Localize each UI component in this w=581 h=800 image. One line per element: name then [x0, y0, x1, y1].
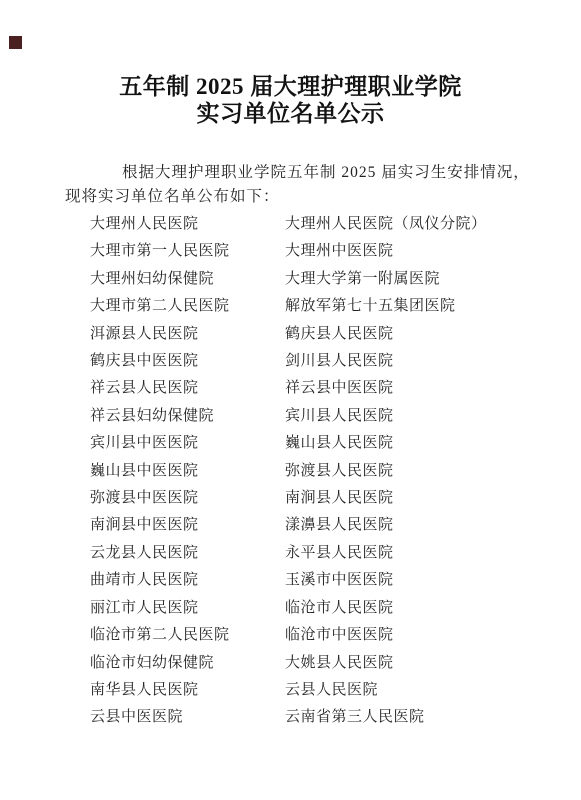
unit-row: 鹤庆县中医医院 剑川县人民医院	[90, 348, 545, 375]
unit-row: 弥渡县中医医院 南涧县人民医院	[90, 485, 545, 512]
unit-name-left: 临沧市第二人民医院	[90, 622, 285, 649]
unit-name-left: 弥渡县中医医院	[90, 485, 285, 512]
title-line-2: 实习单位名单公示	[30, 100, 551, 127]
unit-name-right: 解放军第七十五集团医院	[285, 293, 545, 320]
unit-name-right: 祥云县中医医院	[285, 375, 545, 402]
unit-name-left: 大理市第一人民医院	[90, 238, 285, 265]
unit-name-right: 大理州人民医院（凤仪分院）	[285, 211, 545, 238]
unit-row: 丽江市人民医院 临沧市人民医院	[90, 595, 545, 622]
unit-row: 大理州妇幼保健院 大理大学第一附属医院	[90, 266, 545, 293]
unit-row: 云龙县人民医院 永平县人民医院	[90, 540, 545, 567]
unit-name-right: 鹤庆县人民医院	[285, 321, 545, 348]
unit-name-left: 临沧市妇幼保健院	[90, 650, 285, 677]
unit-name-right: 临沧市人民医院	[285, 595, 545, 622]
unit-row: 洱源县人民医院 鹤庆县人民医院	[90, 321, 545, 348]
unit-name-left: 南华县人民医院	[90, 677, 285, 704]
unit-name-left: 祥云县妇幼保健院	[90, 403, 285, 430]
intro-line-2: 现将实习单位名单公布如下：	[65, 185, 531, 209]
unit-name-right: 云县人民医院	[285, 677, 545, 704]
unit-name-right: 宾川县人民医院	[285, 403, 545, 430]
unit-name-right: 巍山县人民医院	[285, 430, 545, 457]
unit-name-left: 祥云县人民医院	[90, 375, 285, 402]
unit-row: 宾川县中医医院 巍山县人民医院	[90, 430, 545, 457]
unit-name-left: 鹤庆县中医医院	[90, 348, 285, 375]
unit-name-right: 大理大学第一附属医院	[285, 266, 545, 293]
unit-name-left: 云县中医医院	[90, 704, 285, 731]
unit-name-left: 洱源县人民医院	[90, 321, 285, 348]
unit-name-right: 大理州中医医院	[285, 238, 545, 265]
unit-name-right: 弥渡县人民医院	[285, 458, 545, 485]
unit-name-right: 临沧市中医医院	[285, 622, 545, 649]
unit-name-right: 云南省第三人民医院	[285, 704, 545, 731]
unit-row: 曲靖市人民医院 玉溪市中医医院	[90, 567, 545, 594]
unit-row: 巍山县中医医院 弥渡县人民医院	[90, 458, 545, 485]
unit-row: 大理市第二人民医院 解放军第七十五集团医院	[90, 293, 545, 320]
corner-mark	[9, 36, 22, 49]
unit-name-right: 大姚县人民医院	[285, 650, 545, 677]
unit-name-left: 曲靖市人民医院	[90, 567, 285, 594]
intro-line-1: 根据大理护理职业学院五年制 2025 届实习生安排情况，	[65, 161, 531, 185]
unit-row: 临沧市第二人民医院 临沧市中医医院	[90, 622, 545, 649]
unit-row: 祥云县人民医院 祥云县中医医院	[90, 375, 545, 402]
unit-name-right: 剑川县人民医院	[285, 348, 545, 375]
unit-name-left: 大理市第二人民医院	[90, 293, 285, 320]
unit-row: 临沧市妇幼保健院 大姚县人民医院	[90, 650, 545, 677]
unit-name-right: 南涧县人民医院	[285, 485, 545, 512]
title-line-1: 五年制 2025 届大理护理职业学院	[30, 73, 551, 100]
unit-list: 大理州人民医院 大理州人民医院（凤仪分院） 大理市第一人民医院 大理州中医医院 …	[90, 211, 545, 732]
unit-row: 祥云县妇幼保健院 宾川县人民医院	[90, 403, 545, 430]
unit-name-left: 云龙县人民医院	[90, 540, 285, 567]
unit-name-right: 永平县人民医院	[285, 540, 545, 567]
unit-row: 云县中医医院 云南省第三人民医院	[90, 704, 545, 731]
unit-name-left: 大理州妇幼保健院	[90, 266, 285, 293]
unit-name-right: 漾濞县人民医院	[285, 512, 545, 539]
document-title: 五年制 2025 届大理护理职业学院 实习单位名单公示	[30, 73, 551, 127]
unit-name-left: 南涧县中医医院	[90, 512, 285, 539]
unit-name-right: 玉溪市中医医院	[285, 567, 545, 594]
unit-row: 大理市第一人民医院 大理州中医医院	[90, 238, 545, 265]
unit-row: 大理州人民医院 大理州人民医院（凤仪分院）	[90, 211, 545, 238]
unit-name-left: 宾川县中医医院	[90, 430, 285, 457]
unit-name-left: 巍山县中医医院	[90, 458, 285, 485]
document-page: 五年制 2025 届大理护理职业学院 实习单位名单公示 根据大理护理职业学院五年…	[0, 0, 581, 800]
intro-paragraph: 根据大理护理职业学院五年制 2025 届实习生安排情况， 现将实习单位名单公布如…	[65, 161, 531, 209]
unit-name-left: 大理州人民医院	[90, 211, 285, 238]
unit-name-left: 丽江市人民医院	[90, 595, 285, 622]
unit-row: 南华县人民医院 云县人民医院	[90, 677, 545, 704]
unit-row: 南涧县中医医院 漾濞县人民医院	[90, 512, 545, 539]
